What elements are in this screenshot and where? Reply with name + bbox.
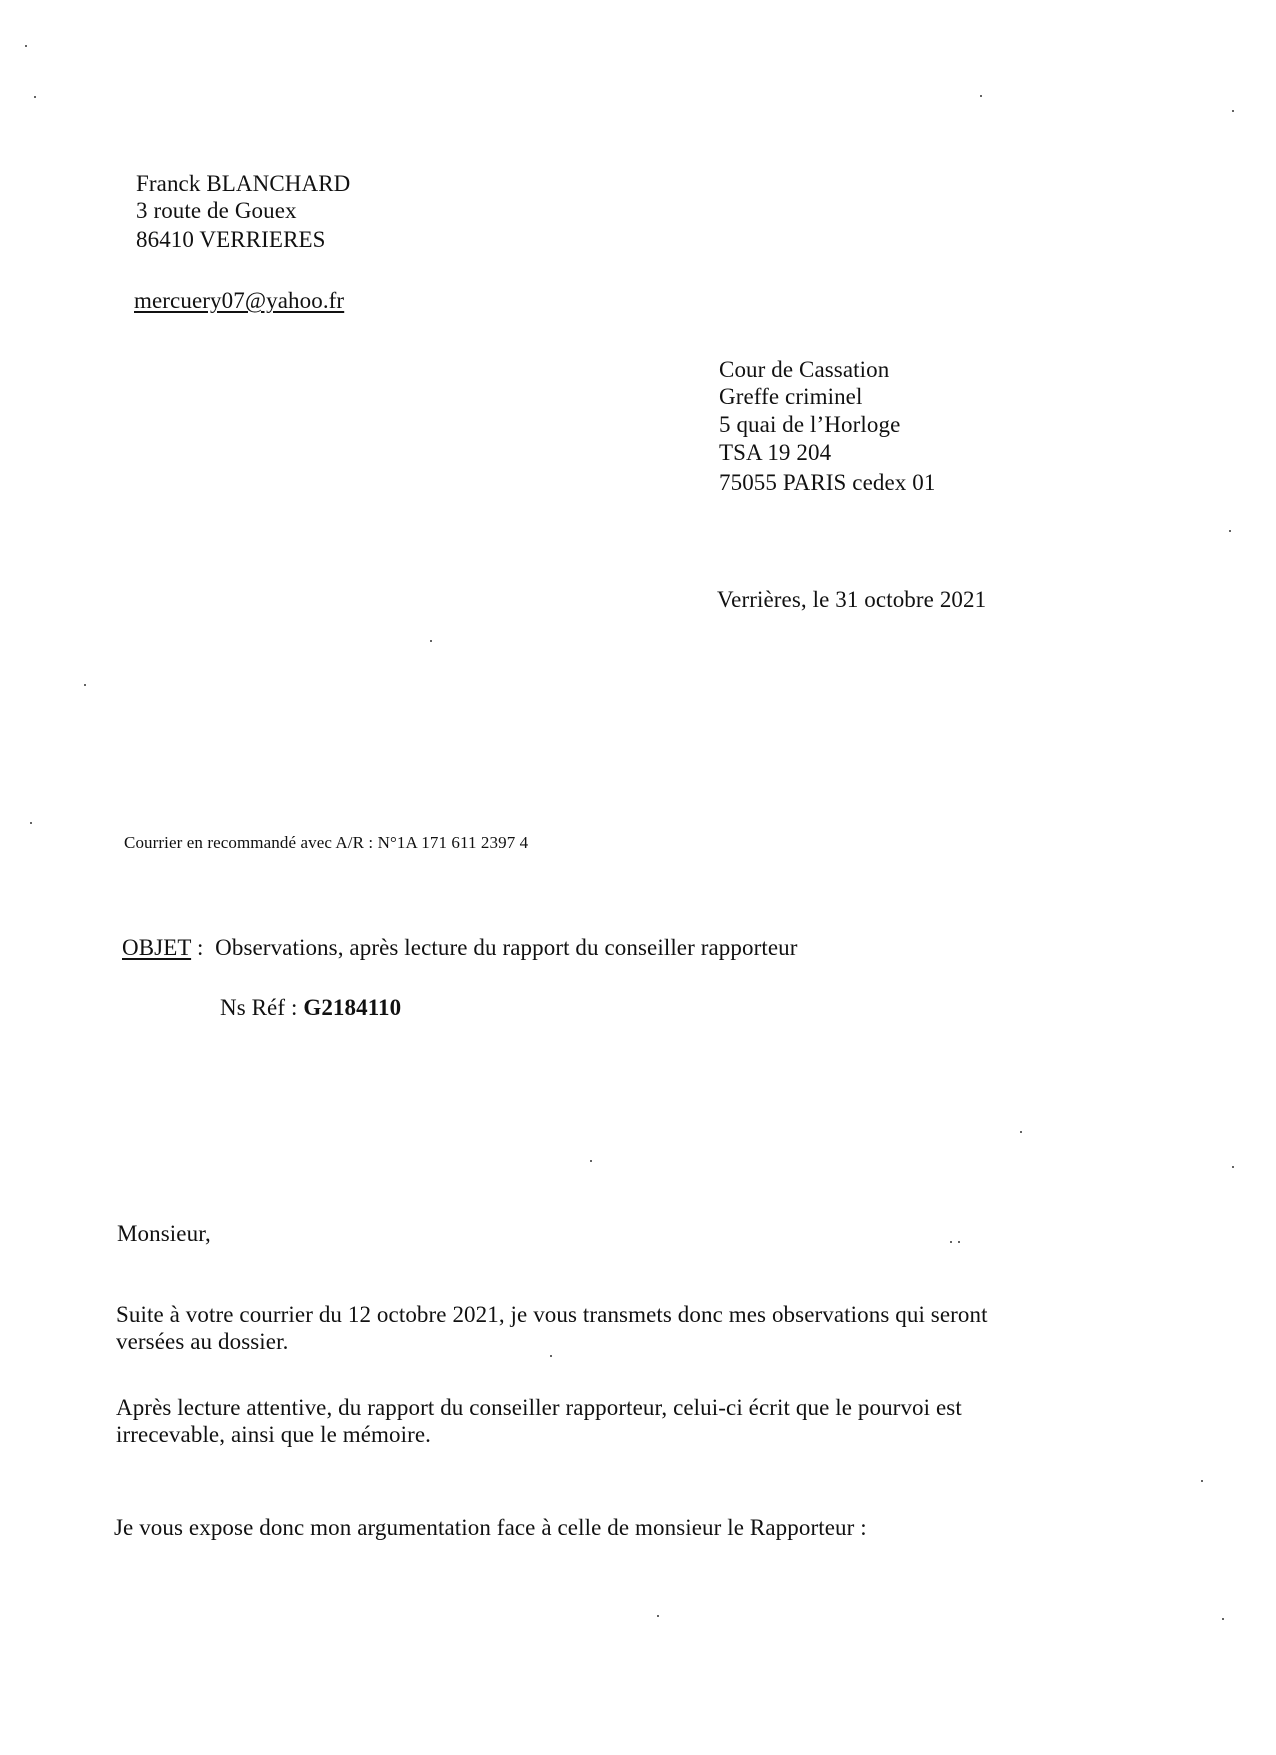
recipient-line-5: 75055 PARIS cedex 01 (719, 471, 935, 494)
sender-street: 3 route de Gouex (136, 199, 297, 222)
reference-line: Ns Réf : G2184110 (220, 996, 401, 1019)
salutation: Monsieur, (117, 1222, 211, 1245)
sender-name: Franck BLANCHARD (136, 172, 350, 195)
subject-separator: : (191, 935, 203, 960)
reference-label: Ns Réf : (220, 995, 297, 1020)
recipient-line-3: 5 quai de l’Horloge (719, 413, 900, 436)
paragraph-line: Je vous expose donc mon argumentation fa… (114, 1516, 867, 1539)
sender-city: 86410 VERRIERES (136, 228, 326, 251)
recipient-line-2: Greffe criminel (719, 385, 862, 408)
subject-label: OBJET (122, 935, 191, 960)
reference-value: G2184110 (303, 995, 401, 1020)
recipient-line-1: Cour de Cassation (719, 358, 889, 381)
registered-mail-number: Courrier en recommandé avec A/R : N°1A 1… (124, 834, 528, 851)
paragraph-line: Après lecture attentive, du rapport du c… (116, 1396, 962, 1419)
sender-email-link[interactable]: mercuery07@yahoo.fr (134, 289, 344, 312)
scanned-letter-page: Franck BLANCHARD 3 route de Gouex 86410 … (0, 0, 1276, 1755)
paragraph-line: irrecevable, ainsi que le mémoire. (116, 1423, 431, 1446)
subject-line: OBJET : Observations, après lecture du r… (122, 936, 798, 959)
paragraph-line: Suite à votre courrier du 12 octobre 202… (116, 1303, 988, 1326)
date-line: Verrières, le 31 octobre 2021 (717, 588, 986, 611)
subject-text: Observations, après lecture du rapport d… (215, 935, 797, 960)
recipient-line-4: TSA 19 204 (719, 441, 831, 464)
paragraph-line: versées au dossier. (116, 1330, 288, 1353)
